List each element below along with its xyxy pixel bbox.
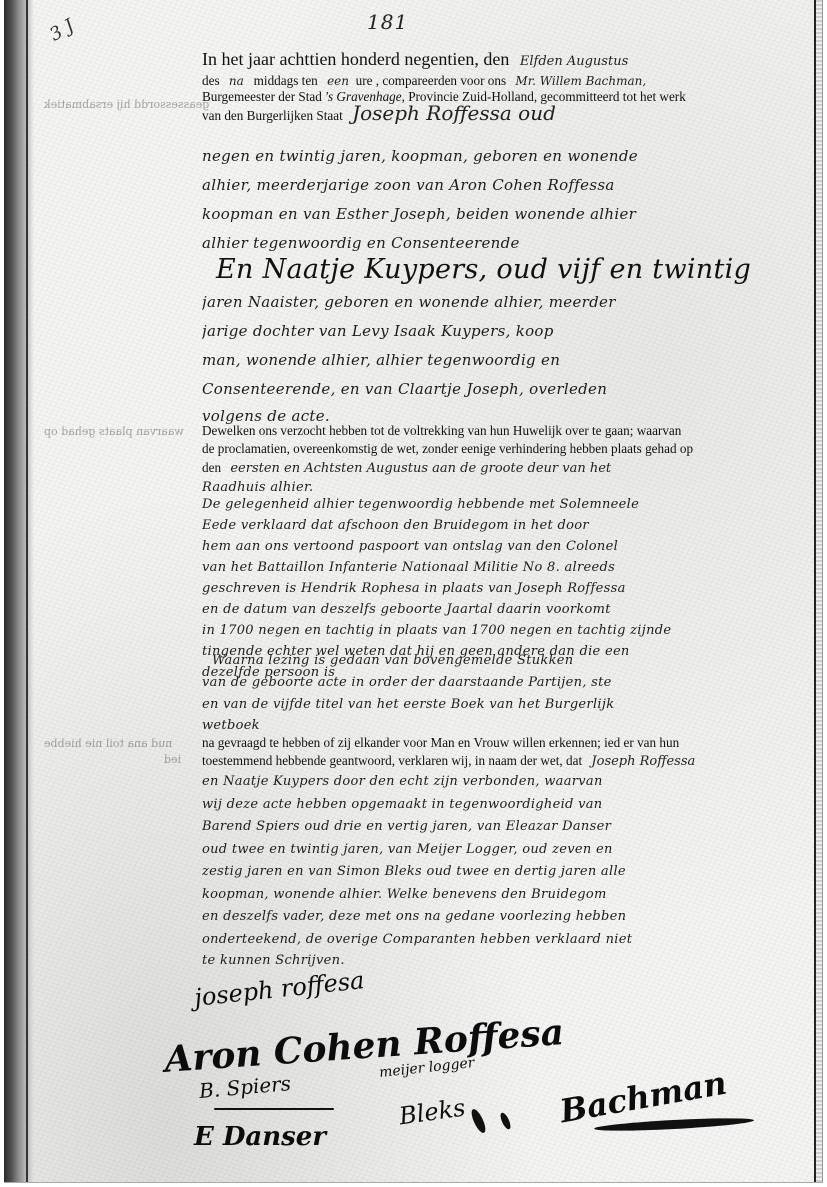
- handwritten-line: en deszelfs vader, deze met ons na gedan…: [202, 906, 822, 929]
- printed-line: de proclamatien, overeenkomstig de wet, …: [202, 440, 822, 458]
- handwritten-line: koopman en van Esther Joseph, beiden won…: [202, 200, 822, 229]
- handwritten-line: Barend Spiers oud drie en vertig jaren, …: [202, 816, 822, 839]
- ink-blot: [469, 1107, 488, 1134]
- folio-mark: 3 J: [46, 7, 106, 70]
- printed-line: den eersten en Achtsten Augustus aan de …: [202, 458, 822, 479]
- handwritten-line: en Naatje Kuypers door den echt zijn ver…: [202, 771, 822, 794]
- handwritten-bride-lead: En Naatje Kuypers, oud vijf en twintig: [202, 252, 822, 288]
- bride-details: En Naatje Kuypers, oud vijf en twintig j…: [202, 252, 822, 428]
- signature-groom: joseph roffesa: [193, 966, 366, 1012]
- handwritten-line: wetboek: [202, 716, 822, 736]
- show-through-text: nud ana toil nie hiebbe: [44, 737, 172, 750]
- printed-text: Burgemeester der Stad: [202, 89, 322, 104]
- handwritten-line: jarige dochter van Levy Isaak Kuypers, k…: [202, 317, 822, 346]
- header-intro: In het jaar achttien honderd negentien, …: [202, 49, 509, 69]
- scanned-register-page: 3 J geassessordd hij ersabmatiek waarvan…: [4, 0, 823, 1183]
- printed-line: na gevraagd te hebben of zij elkander vo…: [202, 734, 822, 752]
- handwritten-line: Waarna lezing is gedaan van bovengemelde…: [202, 650, 822, 672]
- handwritten-line: hem aan ons vertoond paspoort van ontsla…: [202, 536, 822, 557]
- header-line-2: des na middags ten een ure , compareerde…: [202, 73, 822, 89]
- ink-blot: [499, 1111, 513, 1130]
- handwritten-line: van de geboorte acte in order der daarst…: [202, 672, 822, 694]
- header-line-4: van den Burgerlijken Staat Joseph Roffes…: [202, 105, 822, 127]
- handwritten-line: en van de vijfde titel van het eerste Bo…: [202, 694, 822, 716]
- groom-details: negen en twintig jaren, koopman, geboren…: [202, 142, 822, 258]
- record-header: In het jaar achttien honderd negentien, …: [202, 48, 822, 127]
- printed-text: middags ten: [254, 73, 318, 88]
- handwritten-line: oud twee en twintig jaren, van Meijer Lo…: [202, 839, 822, 862]
- printed-text: des: [202, 73, 220, 88]
- handwritten-line: Eede verklaard dat afschoon den Bruidego…: [202, 515, 822, 536]
- handwritten-line: Consenteerende, en van Claartje Joseph, …: [202, 375, 822, 404]
- handwritten-line: te kunnen Schrijven.: [202, 951, 822, 971]
- printed-text: toestemmend hebbende geantwoord, verklar…: [202, 753, 582, 768]
- show-through-text: waarvan plaats gehad op: [44, 425, 184, 438]
- handwritten-line: geschreven is Hendrik Rophesa in plaats …: [202, 578, 822, 599]
- handwritten-time-of-day: na: [229, 74, 244, 88]
- printed-line: toestemmend hebbende geantwoord, verklar…: [202, 752, 822, 771]
- signature-witness-bleks: Bleks: [397, 1094, 467, 1131]
- proclamation-section: Dewelken ons verzocht hebben tot de volt…: [202, 422, 822, 497]
- spine-line: [26, 0, 28, 1182]
- printed-line: Dewelken ons verzocht hebben tot de volt…: [202, 422, 822, 440]
- handwritten-line: jaren Naaister, geboren en wonende alhie…: [202, 288, 822, 317]
- handwritten-line: van het Battaillon Infanterie Nationaal …: [202, 557, 822, 578]
- printed-text: ure , compareerden voor ons: [356, 73, 507, 88]
- handwritten-line: negen en twintig jaren, koopman, geboren…: [202, 142, 822, 171]
- handwritten-line: onderteekend, de overige Comparanten heb…: [202, 929, 822, 952]
- signature-witness-danser: E Danser: [194, 1122, 326, 1152]
- header-line-1: In het jaar achttien honderd negentien, …: [202, 48, 822, 73]
- handwritten-groom-name: Joseph Roffessa: [591, 754, 695, 769]
- printed-text: den: [202, 460, 221, 475]
- handwritten-line: alhier, meerderjarige zoon van Aron Cohe…: [202, 171, 822, 200]
- declaration-section: na gevraagd te hebben of zij elkander vo…: [202, 734, 822, 971]
- handwritten-line: De gelegenheid alhier tegenwoordig hebbe…: [202, 494, 822, 515]
- handwritten-line: en de datum van deszelfs geboorte Jaarta…: [202, 599, 822, 620]
- reading-section: Waarna lezing is gedaan van bovengemelde…: [202, 650, 822, 736]
- handwritten-proclamation-dates: eersten en Achtsten Augustus aan de groo…: [230, 461, 611, 476]
- show-through-text: ied: [164, 753, 181, 766]
- handwritten-line: koopman, wonende alhier. Welke benevens …: [202, 884, 822, 907]
- show-through-text: geassessordd hij ersabmatiek: [44, 98, 209, 111]
- handwritten-line: man, wonende alhier, alhier tegenwoordig…: [202, 346, 822, 375]
- handwritten-groom-name: Joseph Roffessa oud: [352, 101, 556, 125]
- handwritten-line: in 1700 negen en tachtig in plaats van 1…: [202, 620, 822, 641]
- handwritten-line: wij deze acte hebben opgemaakt in tegenw…: [202, 794, 822, 817]
- printed-text: van den Burgerlijken Staat: [202, 108, 343, 123]
- signature-father: Aron Cohen Roffesa: [163, 1011, 565, 1081]
- handwritten-date: Elfden Augustus: [520, 54, 628, 69]
- handwritten-official-name: Mr. Willem Bachman,: [515, 74, 646, 88]
- book-spine-shadow: [4, 0, 34, 1182]
- handwritten-hour: een: [327, 74, 349, 88]
- page-number: 181: [367, 10, 408, 34]
- signature-underline: [214, 1108, 334, 1110]
- handwritten-line: zestig jaren en van Simon Bleks oud twee…: [202, 861, 822, 884]
